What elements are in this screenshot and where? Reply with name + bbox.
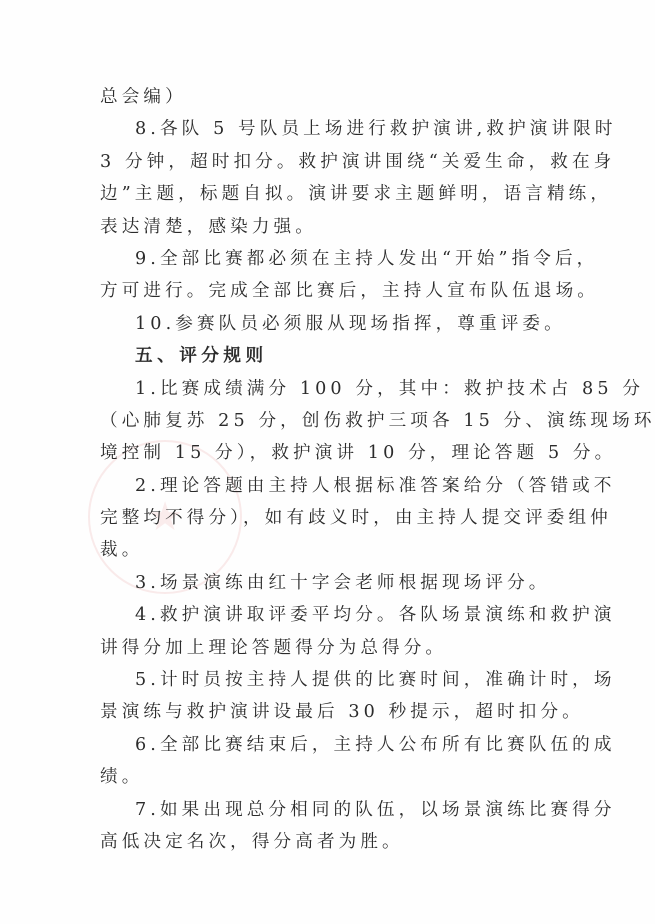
text-line: 高低决定名次，得分高者为胜。 [100,826,520,858]
text-line: 3 分钟，超时扣分。救护演讲围绕“关爱生命，救在身 [100,146,520,178]
text-line: 3.场景演练由红十字会老师根据现场评分。 [100,567,520,599]
document-body: 总会编）8.各队 5 号队员上场进行救护演讲,救护演讲限时3 分钟，超时扣分。救… [100,81,520,858]
text-line: 总会编） [100,81,520,113]
text-line: 裁。 [100,534,520,566]
text-line: 绩。 [100,761,520,793]
text-line: 完整均不得分），如有歧义时，由主持人提交评委组仲 [100,502,520,534]
text-line: 6.全部比赛结束后，主持人公布所有比赛队伍的成 [100,729,520,761]
text-line: （心肺复苏 25 分，创伤救护三项各 15 分、演练现场环 [100,405,520,437]
text-line: 2.理论答题由主持人根据标准答案给分（答错或不 [100,470,520,502]
text-line: 9.全部比赛都必须在主持人发出“开始”指令后， [100,243,520,275]
document-page: ★ 总会编）8.各队 5 号队员上场进行救护演讲,救护演讲限时3 分钟，超时扣分… [0,0,655,924]
text-line: 4.救护演讲取评委平均分。各队场景演练和救护演 [100,599,520,631]
text-line: 景演练与救护演讲设最后 30 秒提示，超时扣分。 [100,696,520,728]
text-line: 表达清楚，感染力强。 [100,211,520,243]
text-line: 10.参赛队员必须服从现场指挥，尊重评委。 [100,308,520,340]
text-line: 5.计时员按主持人提供的比赛时间，准确计时，场 [100,664,520,696]
text-line: 1.比赛成绩满分 100 分，其中：救护技术占 85 分 [100,373,520,405]
text-line: 讲得分加上理论答题得分为总得分。 [100,632,520,664]
text-line: 境控制 15 分），救护演讲 10 分，理论答题 5 分。 [100,437,520,469]
text-line: 边”主题，标题自拟。演讲要求主题鲜明，语言精练， [100,178,520,210]
text-line: 7.如果出现总分相同的队伍，以场景演练比赛得分 [100,794,520,826]
section-heading: 五、评分规则 [100,340,520,372]
text-line: 8.各队 5 号队员上场进行救护演讲,救护演讲限时 [100,113,520,145]
text-line: 方可进行。完成全部比赛后，主持人宣布队伍退场。 [100,275,520,307]
